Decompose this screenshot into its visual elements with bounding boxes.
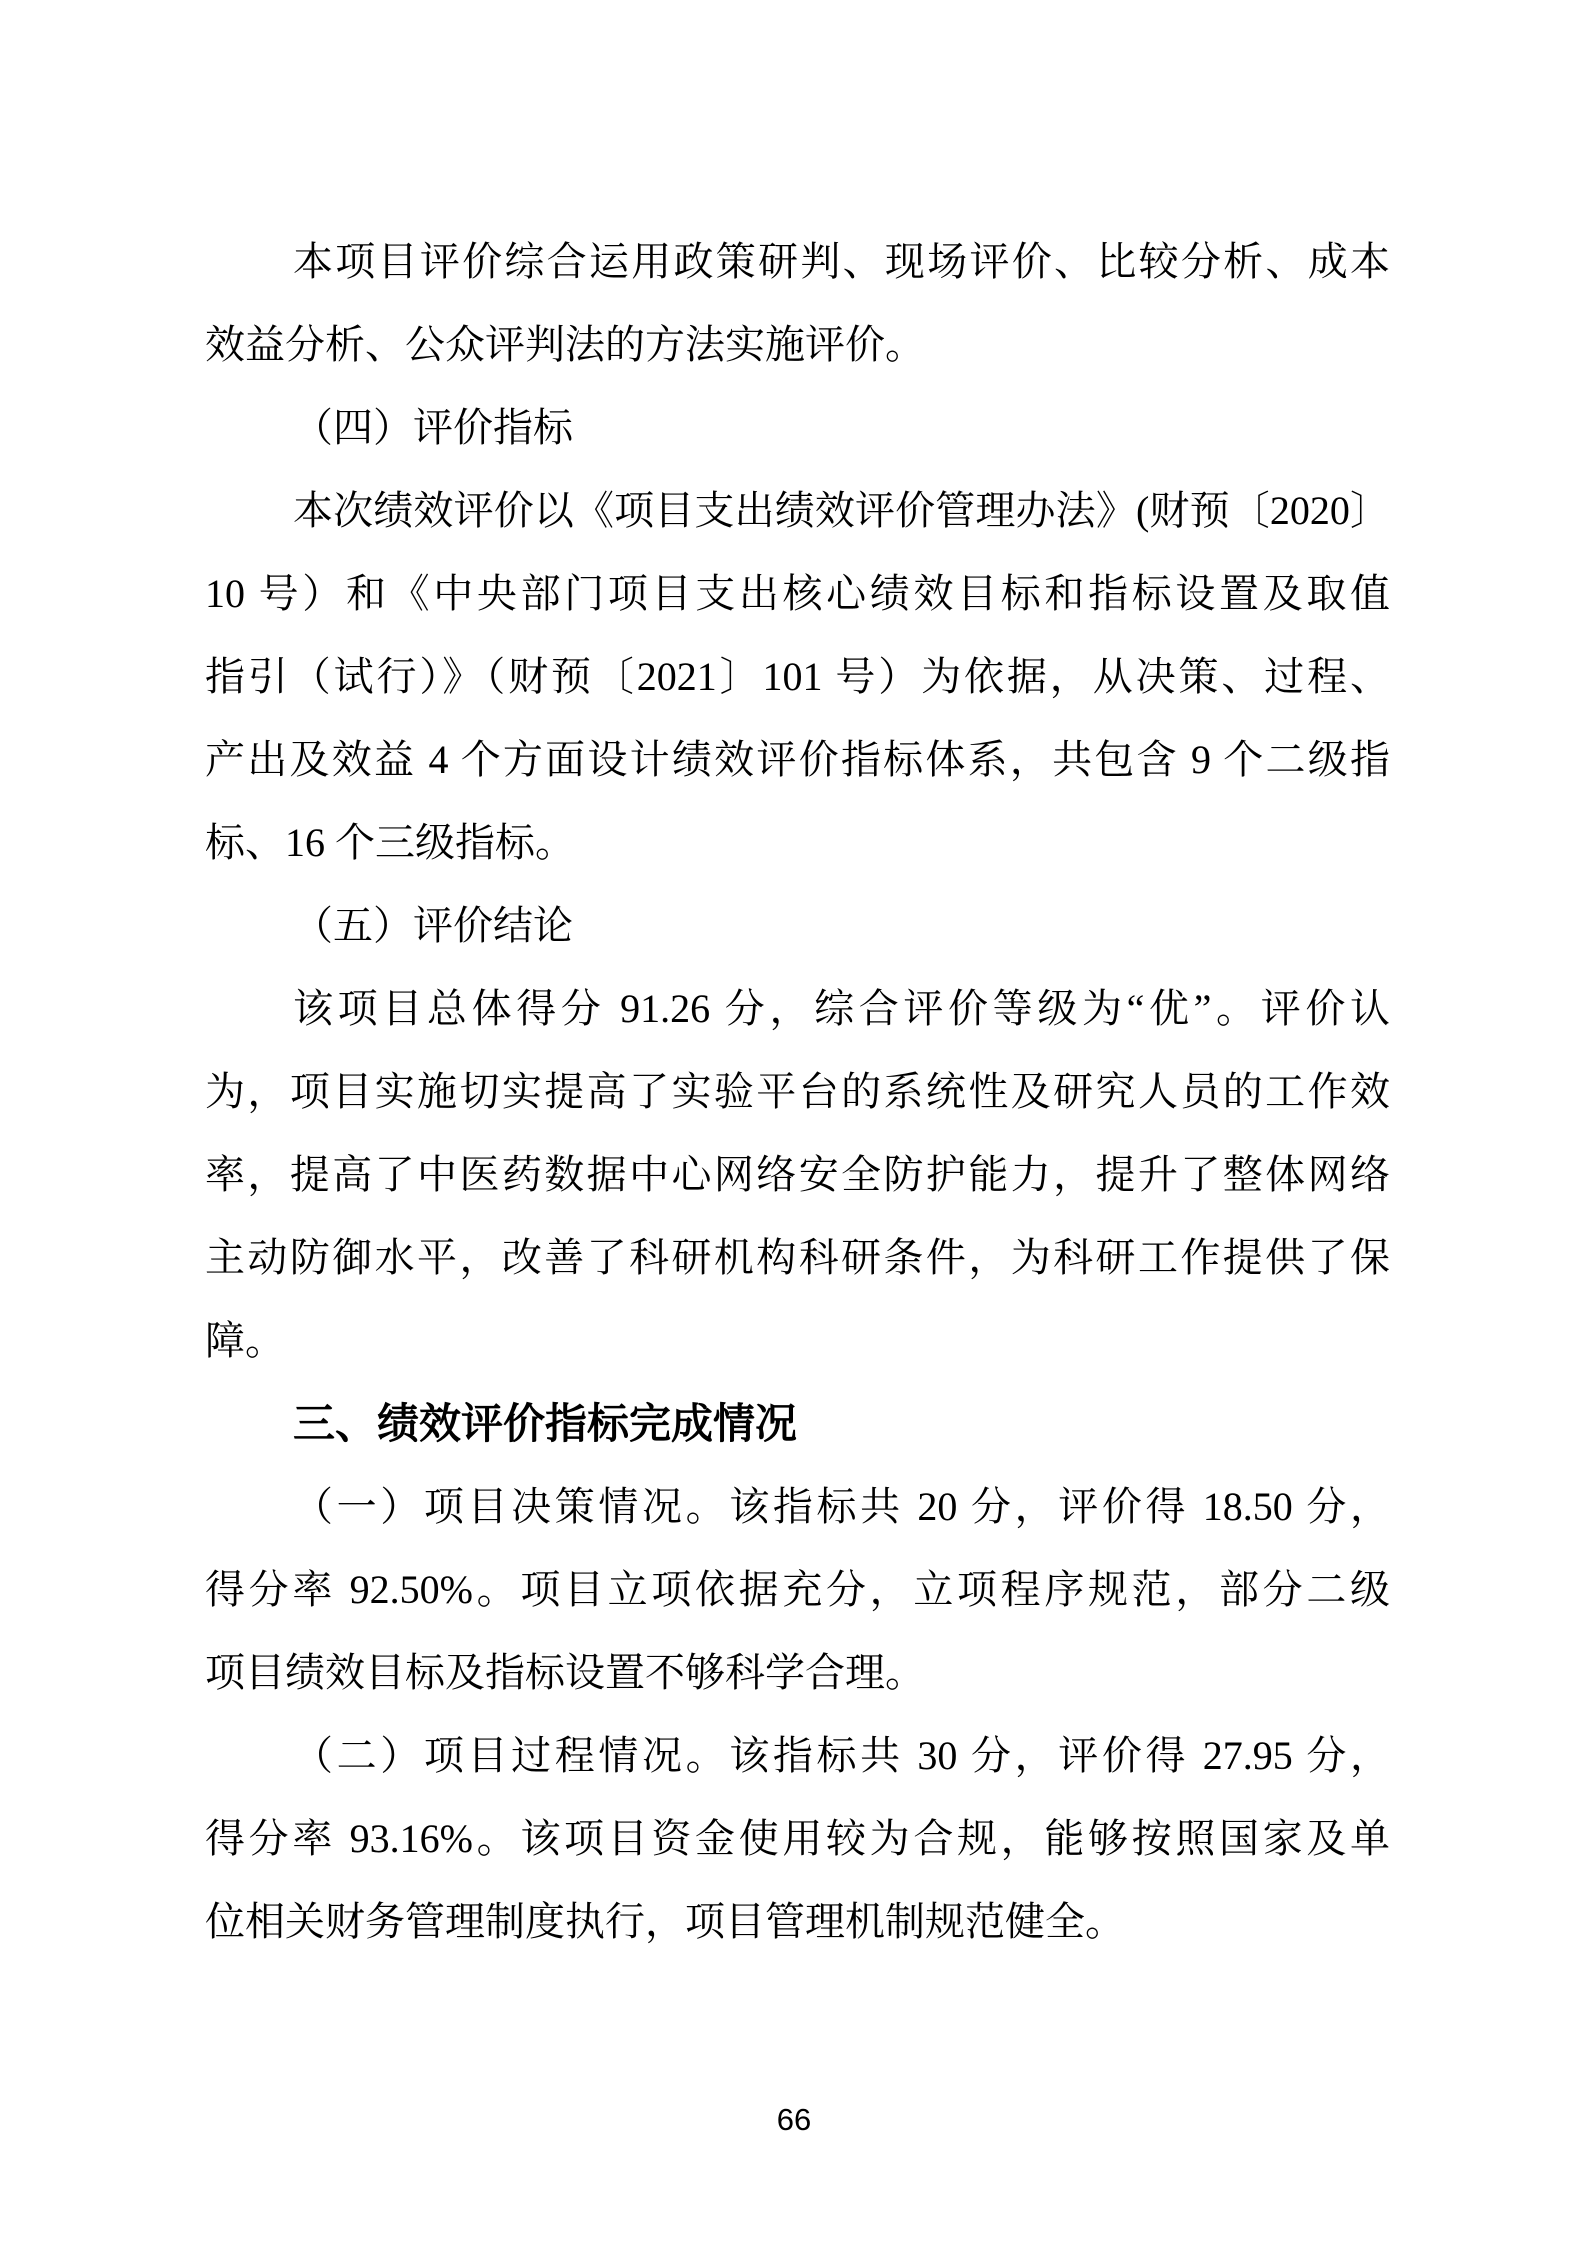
text-line: （二）项目过程情况。该指标共 30 分，评价得 27.95 分， [205, 1714, 1390, 1797]
text-line: （一）项目决策情况。该指标共 20 分，评价得 18.50 分， [205, 1465, 1390, 1548]
page-footer: 66 [0, 2100, 1588, 2140]
paragraph-indicator-system: 本次绩效评价以《项目支出绩效评价管理办法》(财预〔2020〕 10 号）和《中央… [205, 469, 1390, 884]
page-number: 66 [777, 2102, 811, 2137]
document-text-block: 本项目评价综合运用政策研判、现场评价、比较分析、成本 效益分析、公众评判法的方法… [205, 220, 1390, 1963]
text-line: 产出及效益 4 个方面设计绩效评价指标体系，共包含 9 个二级指 [205, 718, 1390, 801]
text-line: 障。 [205, 1299, 1390, 1382]
text-line: 指引（试行）》（财预〔2021〕101 号）为依据，从决策、过程、 [205, 635, 1390, 718]
text-line: 标、16 个三级指标。 [205, 801, 1390, 884]
text-line: 为，项目实施切实提高了实验平台的系统性及研究人员的工作效 [205, 1050, 1390, 1133]
paragraph-conclusion: 该项目总体得分 91.26 分，综合评价等级为“优”。评价认 为，项目实施切实提… [205, 967, 1390, 1382]
subheading-evaluation-indicators: （四）评价指标 [205, 386, 1390, 469]
text-line: 本次绩效评价以《项目支出绩效评价管理办法》(财预〔2020〕 [205, 469, 1390, 552]
text-line: 10 号）和《中央部门项目支出核心绩效目标和指标设置及取值 [205, 552, 1390, 635]
text-line: 该项目总体得分 91.26 分，综合评价等级为“优”。评价认 [205, 967, 1390, 1050]
subheading-evaluation-conclusion: （五）评价结论 [205, 884, 1390, 967]
subheading-line: （五）评价结论 [205, 884, 1390, 967]
section-heading-indicator-completion: 三、绩效评价指标完成情况 [205, 1382, 1390, 1465]
text-line: 本项目评价综合运用政策研判、现场评价、比较分析、成本 [205, 220, 1390, 303]
text-line: 效益分析、公众评判法的方法实施评价。 [205, 303, 1390, 386]
section-heading-line: 三、绩效评价指标完成情况 [205, 1382, 1390, 1465]
paragraph-decision-status: （一）项目决策情况。该指标共 20 分，评价得 18.50 分， 得分率 92.… [205, 1465, 1390, 1714]
document-page: 本项目评价综合运用政策研判、现场评价、比较分析、成本 效益分析、公众评判法的方法… [0, 0, 1588, 2245]
text-line: 位相关财务管理制度执行，项目管理机制规范健全。 [205, 1880, 1390, 1963]
text-line: 主动防御水平，改善了科研机构科研条件，为科研工作提供了保 [205, 1216, 1390, 1299]
text-line: 率，提高了中医药数据中心网络安全防护能力，提升了整体网络 [205, 1133, 1390, 1216]
paragraph-evaluation-methods: 本项目评价综合运用政策研判、现场评价、比较分析、成本 效益分析、公众评判法的方法… [205, 220, 1390, 386]
text-line: 得分率 93.16%。该项目资金使用较为合规，能够按照国家及单 [205, 1797, 1390, 1880]
text-line: 得分率 92.50%。项目立项依据充分，立项程序规范，部分二级 [205, 1548, 1390, 1631]
subheading-line: （四）评价指标 [205, 386, 1390, 469]
paragraph-process-status: （二）项目过程情况。该指标共 30 分，评价得 27.95 分， 得分率 93.… [205, 1714, 1390, 1963]
text-line: 项目绩效目标及指标设置不够科学合理。 [205, 1631, 1390, 1714]
